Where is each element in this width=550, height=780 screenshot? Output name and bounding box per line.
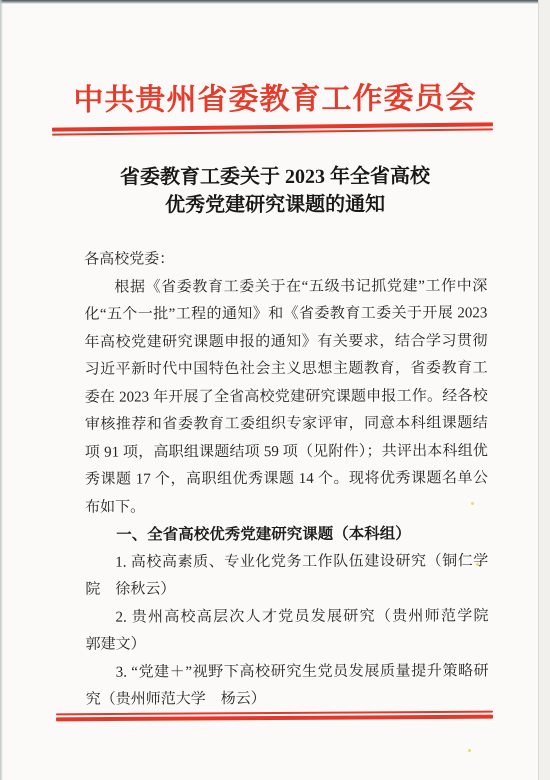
document-title-line1: 省委教育工委关于 2023 年全省高校 (0, 162, 550, 192)
rule-thick-line (56, 715, 493, 722)
document-title-line2: 优秀党建研究课题的通知 (0, 190, 550, 220)
scan-speck (471, 502, 474, 505)
footer-double-rule (56, 711, 493, 722)
list-item-2: 2. 贵州高校高层次人才党员发展研究（贵州师范学院 郭建文） (85, 603, 488, 659)
letterhead-title: 中共贵州省委教育工作委员会 (0, 73, 550, 119)
section-heading: 一、全省高校优秀党建研究课题（本科组） (85, 520, 488, 549)
body-paragraph: 根据《省委教育工委关于在“五级书记抓党建”工作中深化“五个一批”工程的通知》和《… (84, 273, 488, 522)
scanned-page: 中共贵州省委教育工作委员会 省委教育工委关于 2023 年全省高校 优秀党建研究… (0, 0, 550, 780)
list-item-1: 1. 高校高素质、专业化党务工作队伍建设研究（铜仁学院 徐秋云） (85, 548, 488, 604)
scan-speck (468, 749, 471, 752)
scan-speck (476, 563, 479, 566)
salutation: 各高校党委： (84, 245, 487, 274)
scan-edge-top (0, 0, 550, 4)
scan-edge-right (538, 0, 550, 780)
list-item-3: 3. “党建＋”视野下高校研究生党员发展质量提升策略研究（贵州师范大学 杨云） (86, 658, 489, 711)
letterhead-double-rule (52, 122, 493, 135)
document-body: 各高校党委： 根据《省委教育工委关于在“五级书记抓党建”工作中深化“五个一批”工… (84, 245, 489, 710)
document-title: 省委教育工委关于 2023 年全省高校 优秀党建研究课题的通知 (0, 162, 550, 220)
